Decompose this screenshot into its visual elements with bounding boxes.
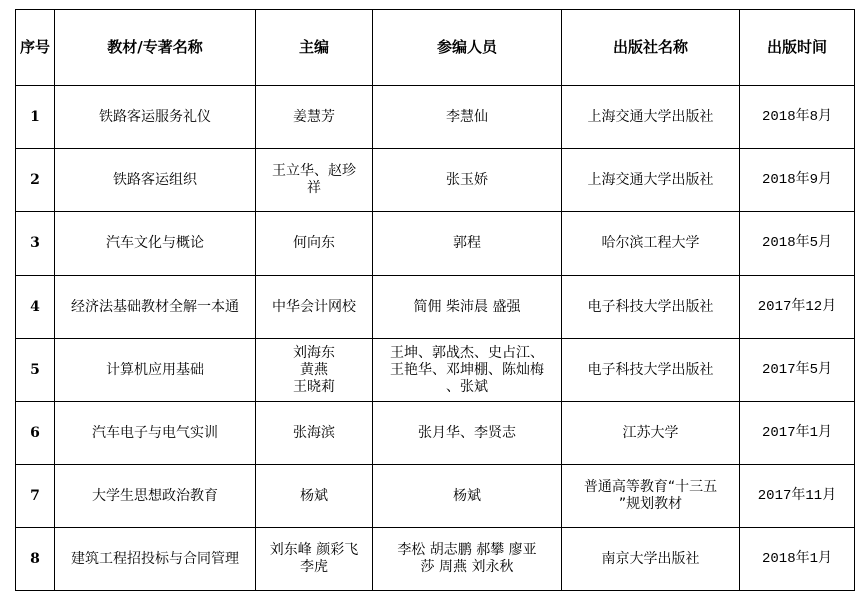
- header-contributors: 参编人员: [373, 10, 562, 86]
- cell-publisher-line: 电子科技大学出版社: [564, 362, 737, 379]
- cell-editor-line: 黄燕: [258, 362, 370, 379]
- cell-contributors-line: 张玉娇: [375, 172, 559, 189]
- cell-date: 2018年1月: [740, 528, 855, 591]
- cell-editor: 杨斌: [256, 465, 373, 528]
- table-row: 1铁路客运服务礼仪姜慧芳李慧仙上海交通大学出版社2018年8月: [16, 86, 855, 149]
- table-row: 3汽车文化与概论何向东郭程哈尔滨工程大学2018年5月: [16, 212, 855, 276]
- cell-contributors: 张月华、李贤志: [373, 402, 562, 465]
- header-publisher: 出版社名称: [562, 10, 740, 86]
- cell-contributors-line: 王艳华、邓坤棚、陈灿梅: [375, 362, 559, 379]
- header-row: 序号 教材/专著名称 主编 参编人员 出版社名称 出版时间: [16, 10, 855, 86]
- cell-publisher-line: 上海交通大学出版社: [564, 172, 737, 189]
- header-index: 序号: [16, 10, 55, 86]
- cell-contributors-line: 王坤、郭战杰、史占江、: [375, 345, 559, 362]
- cell-contributors: 郭程: [373, 212, 562, 276]
- header-title: 教材/专著名称: [55, 10, 256, 86]
- cell-publisher-line: 普通高等教育“十三五: [564, 479, 737, 496]
- cell-contributors: 李慧仙: [373, 86, 562, 149]
- cell-contributors: 王坤、郭战杰、史占江、王艳华、邓坤棚、陈灿梅、张斌: [373, 339, 562, 402]
- cell-index: 7: [16, 465, 55, 528]
- cell-publisher-line: 上海交通大学出版社: [564, 109, 737, 126]
- cell-editor-line: 杨斌: [258, 488, 370, 505]
- cell-editor: 刘海东黄燕王晓莉: [256, 339, 373, 402]
- cell-editor-line: 中华会计网校: [258, 299, 370, 316]
- cell-title: 铁路客运服务礼仪: [55, 86, 256, 149]
- cell-title: 大学生思想政治教育: [55, 465, 256, 528]
- cell-publisher-line: 电子科技大学出版社: [564, 299, 737, 316]
- table-row: 4经济法基础教材全解一本通中华会计网校简佣 柴沛晨 盛强电子科技大学出版社201…: [16, 276, 855, 339]
- cell-editor-line: 祥: [258, 180, 370, 197]
- cell-publisher: 上海交通大学出版社: [562, 86, 740, 149]
- cell-date: 2018年8月: [740, 86, 855, 149]
- cell-editor-line: 刘海东: [258, 345, 370, 362]
- cell-publisher-line: 哈尔滨工程大学: [564, 235, 737, 252]
- cell-publisher: 普通高等教育“十三五”规划教材: [562, 465, 740, 528]
- cell-date: 2018年5月: [740, 212, 855, 276]
- cell-editor-line: 刘东峰 颜彩飞: [258, 542, 370, 559]
- cell-contributors: 简佣 柴沛晨 盛强: [373, 276, 562, 339]
- header-editor: 主编: [256, 10, 373, 86]
- table-row: 6汽车电子与电气实训张海滨张月华、李贤志江苏大学2017年1月: [16, 402, 855, 465]
- cell-index: 2: [16, 149, 55, 212]
- cell-editor-line: 张海滨: [258, 425, 370, 442]
- cell-editor-line: 姜慧芳: [258, 109, 370, 126]
- cell-date: 2017年12月: [740, 276, 855, 339]
- header-date: 出版时间: [740, 10, 855, 86]
- cell-contributors-line: 李松 胡志鹏 郝攀 廖亚: [375, 542, 559, 559]
- table-row: 8建筑工程招投标与合同管理刘东峰 颜彩飞李虎李松 胡志鹏 郝攀 廖亚莎 周燕 刘…: [16, 528, 855, 591]
- cell-title: 汽车电子与电气实训: [55, 402, 256, 465]
- cell-index: 3: [16, 212, 55, 276]
- cell-contributors-line: 张月华、李贤志: [375, 425, 559, 442]
- cell-editor: 姜慧芳: [256, 86, 373, 149]
- cell-contributors: 杨斌: [373, 465, 562, 528]
- cell-editor: 张海滨: [256, 402, 373, 465]
- cell-title: 汽车文化与概论: [55, 212, 256, 276]
- table-row: 2铁路客运组织王立华、赵珍祥张玉娇上海交通大学出版社2018年9月: [16, 149, 855, 212]
- cell-index: 6: [16, 402, 55, 465]
- cell-editor-line: 王立华、赵珍: [258, 163, 370, 180]
- cell-contributors-line: 杨斌: [375, 488, 559, 505]
- cell-index: 1: [16, 86, 55, 149]
- cell-publisher-line: 南京大学出版社: [564, 551, 737, 568]
- cell-publisher: 电子科技大学出版社: [562, 276, 740, 339]
- cell-editor: 何向东: [256, 212, 373, 276]
- cell-title: 建筑工程招投标与合同管理: [55, 528, 256, 591]
- cell-editor-line: 李虎: [258, 559, 370, 576]
- cell-date: 2017年1月: [740, 402, 855, 465]
- cell-contributors-line: 郭程: [375, 235, 559, 252]
- cell-date: 2017年5月: [740, 339, 855, 402]
- cell-contributors: 张玉娇: [373, 149, 562, 212]
- cell-publisher: 电子科技大学出版社: [562, 339, 740, 402]
- table-body: 1铁路客运服务礼仪姜慧芳李慧仙上海交通大学出版社2018年8月2铁路客运组织王立…: [16, 86, 855, 591]
- cell-date: 2018年9月: [740, 149, 855, 212]
- cell-editor: 王立华、赵珍祥: [256, 149, 373, 212]
- cell-index: 4: [16, 276, 55, 339]
- cell-index: 8: [16, 528, 55, 591]
- cell-publisher: 哈尔滨工程大学: [562, 212, 740, 276]
- cell-contributors: 李松 胡志鹏 郝攀 廖亚莎 周燕 刘永秋: [373, 528, 562, 591]
- cell-contributors-line: 李慧仙: [375, 109, 559, 126]
- table-row: 5计算机应用基础刘海东黄燕王晓莉王坤、郭战杰、史占江、王艳华、邓坤棚、陈灿梅、张…: [16, 339, 855, 402]
- cell-publisher: 江苏大学: [562, 402, 740, 465]
- cell-contributors-line: 简佣 柴沛晨 盛强: [375, 299, 559, 316]
- cell-contributors-line: 莎 周燕 刘永秋: [375, 559, 559, 576]
- table-row: 7大学生思想政治教育杨斌杨斌普通高等教育“十三五”规划教材2017年11月: [16, 465, 855, 528]
- cell-title: 计算机应用基础: [55, 339, 256, 402]
- cell-publisher-line: 江苏大学: [564, 425, 737, 442]
- cell-publisher: 南京大学出版社: [562, 528, 740, 591]
- cell-editor-line: 何向东: [258, 235, 370, 252]
- cell-contributors-line: 、张斌: [375, 379, 559, 396]
- textbook-table: 序号 教材/专著名称 主编 参编人员 出版社名称 出版时间 1铁路客运服务礼仪姜…: [15, 9, 855, 591]
- cell-editor: 中华会计网校: [256, 276, 373, 339]
- cell-publisher: 上海交通大学出版社: [562, 149, 740, 212]
- cell-title: 经济法基础教材全解一本通: [55, 276, 256, 339]
- cell-title: 铁路客运组织: [55, 149, 256, 212]
- cell-publisher-line: ”规划教材: [564, 496, 737, 513]
- cell-date: 2017年11月: [740, 465, 855, 528]
- cell-editor: 刘东峰 颜彩飞李虎: [256, 528, 373, 591]
- cell-editor-line: 王晓莉: [258, 379, 370, 396]
- cell-index: 5: [16, 339, 55, 402]
